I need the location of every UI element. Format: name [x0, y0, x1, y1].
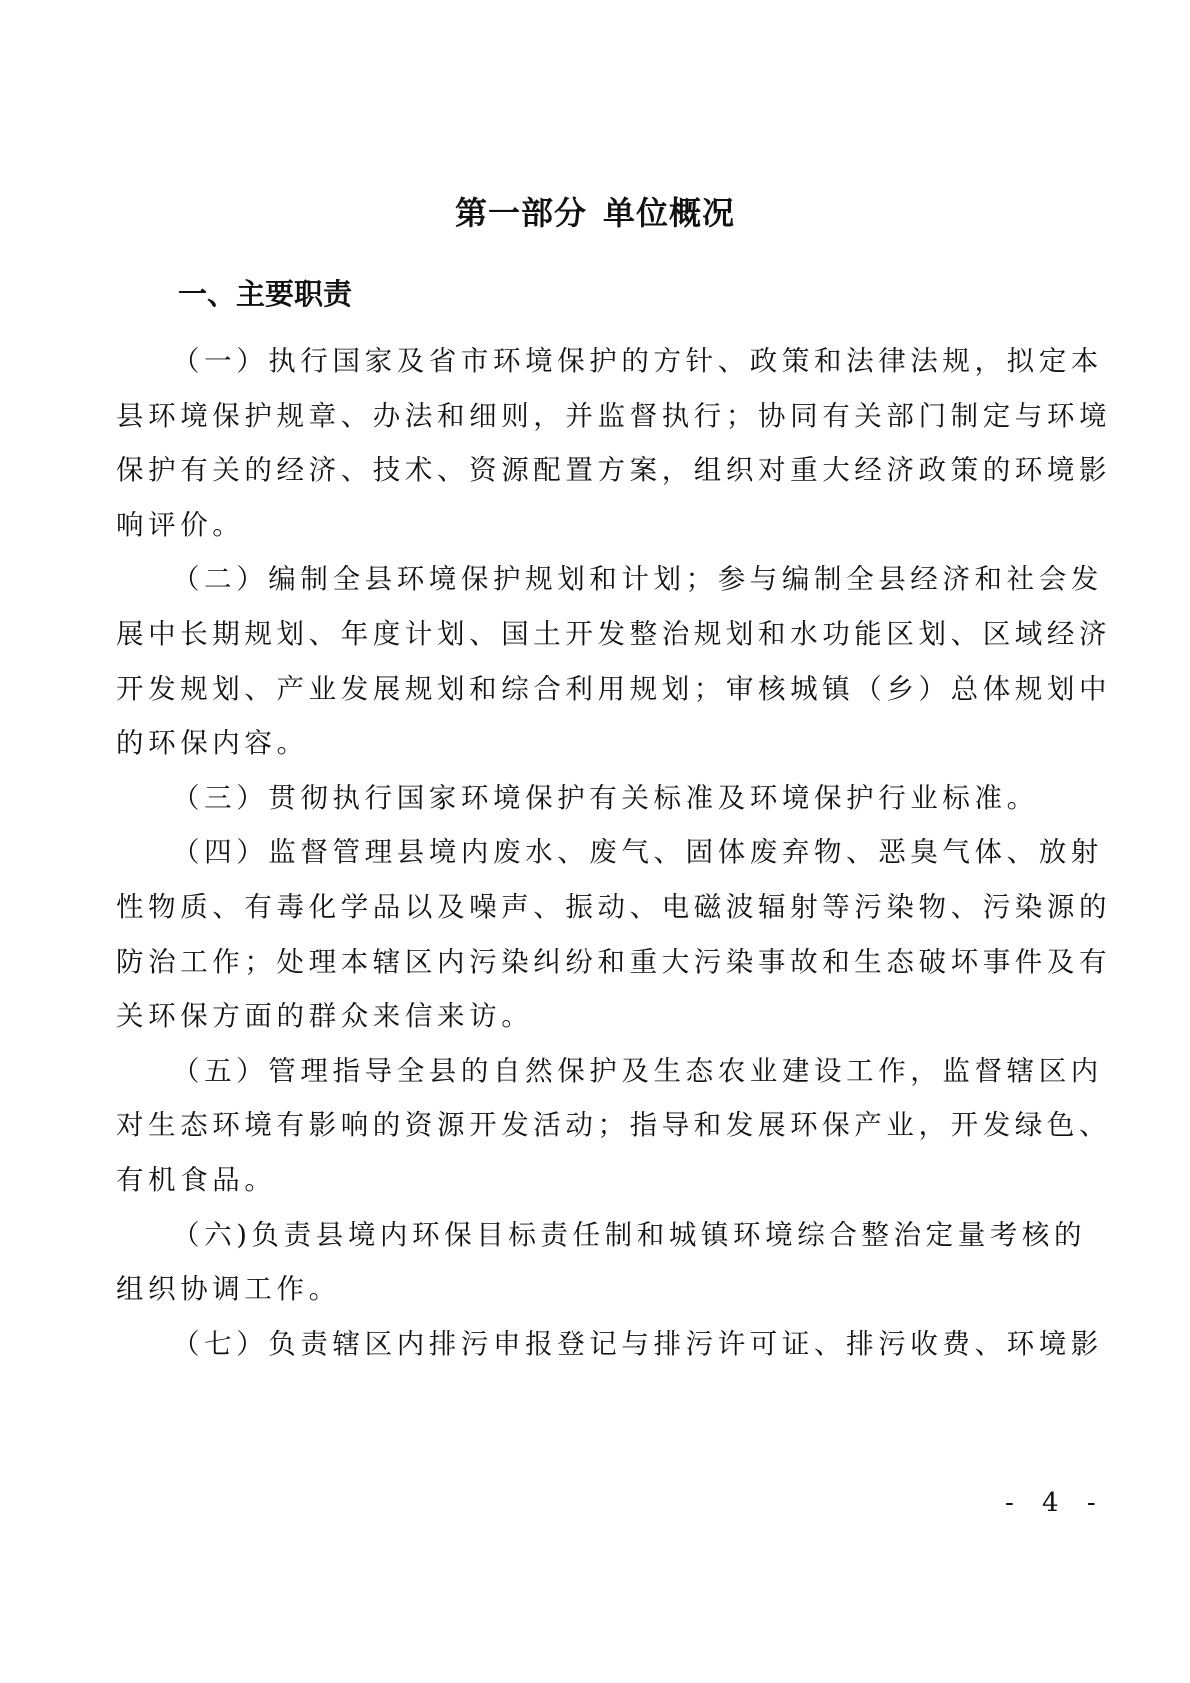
text-line: 防治工作；处理本辖区内污染纠纷和重大污染事故和生态破坏事件及有 [60, 935, 1076, 990]
text-line: （四）监督管理县境内废水、废气、固体废弃物、恶臭气体、放射 [116, 825, 1076, 880]
paragraph-7: （七）负责辖区内排污申报登记与排污许可证、排污收费、环境影 [116, 1317, 1076, 1372]
text-line: （五）管理指导全县的自然保护及生态农业建设工作，监督辖区内 [116, 1044, 1076, 1099]
text-line: 关环保方面的群众来信来访。 [60, 989, 1076, 1044]
page-number: - 4 - [1005, 1488, 1106, 1518]
paragraph-1: （一）执行国家及省市环境保护的方针、政策和法律法规，拟定本 县环境保护规章、办法… [116, 334, 1076, 552]
title-name: 单位概况 [603, 194, 735, 232]
document-page: 第一部分单位概况 一、主要职责 （一）执行国家及省市环境保护的方针、政策和法律法… [0, 0, 1190, 1683]
paragraph-3: （三）贯彻执行国家环境保护有关标准及环境保护行业标准。 [116, 771, 1076, 826]
title-part: 第一部分 [455, 194, 587, 232]
paragraph-5: （五）管理指导全县的自然保护及生态农业建设工作，监督辖区内 对生态环境有影响的资… [116, 1044, 1076, 1208]
text-line: （三）贯彻执行国家环境保护有关标准及环境保护行业标准。 [116, 771, 1076, 826]
text-line: （六)负责县境内环保目标责任制和城镇环境综合整治定量考核的 [116, 1208, 1076, 1263]
text-line: 组织协调工作。 [60, 1262, 1076, 1317]
section-heading: 一、主要职责 [178, 272, 352, 313]
paragraph-4: （四）监督管理县境内废水、废气、固体废弃物、恶臭气体、放射 性物质、有毒化学品以… [116, 825, 1076, 1043]
text-line: 开发规划、产业发展规划和综合利用规划；审核城镇（乡）总体规划中 [60, 662, 1076, 717]
text-line: （一）执行国家及省市环境保护的方针、政策和法律法规，拟定本 [116, 334, 1076, 389]
text-line: 响评价。 [60, 498, 1076, 553]
text-line: 保护有关的经济、技术、资源配置方案，组织对重大经济政策的环境影 [60, 443, 1076, 498]
page-title: 第一部分单位概况 [0, 188, 1190, 234]
text-line: 有机食品。 [60, 1153, 1076, 1208]
text-line: 对生态环境有影响的资源开发活动；指导和发展环保产业，开发绿色、 [60, 1098, 1076, 1153]
text-line: （二）编制全县环境保护规划和计划；参与编制全县经济和社会发 [116, 552, 1076, 607]
text-line: 县环境保护规章、办法和细则，并监督执行；协同有关部门制定与环境 [60, 389, 1076, 444]
body-text: （一）执行国家及省市环境保护的方针、政策和法律法规，拟定本 县环境保护规章、办法… [116, 334, 1076, 1371]
text-line: （七）负责辖区内排污申报登记与排污许可证、排污收费、环境影 [116, 1317, 1076, 1372]
paragraph-2: （二）编制全县环境保护规划和计划；参与编制全县经济和社会发 展中长期规划、年度计… [116, 552, 1076, 770]
text-line: 性物质、有毒化学品以及噪声、振动、电磁波辐射等污染物、污染源的 [60, 880, 1076, 935]
paragraph-6: （六)负责县境内环保目标责任制和城镇环境综合整治定量考核的 组织协调工作。 [116, 1208, 1076, 1317]
text-line: 展中长期规划、年度计划、国土开发整治规划和水功能区划、区域经济 [60, 607, 1076, 662]
text-line: 的环保内容。 [60, 716, 1076, 771]
